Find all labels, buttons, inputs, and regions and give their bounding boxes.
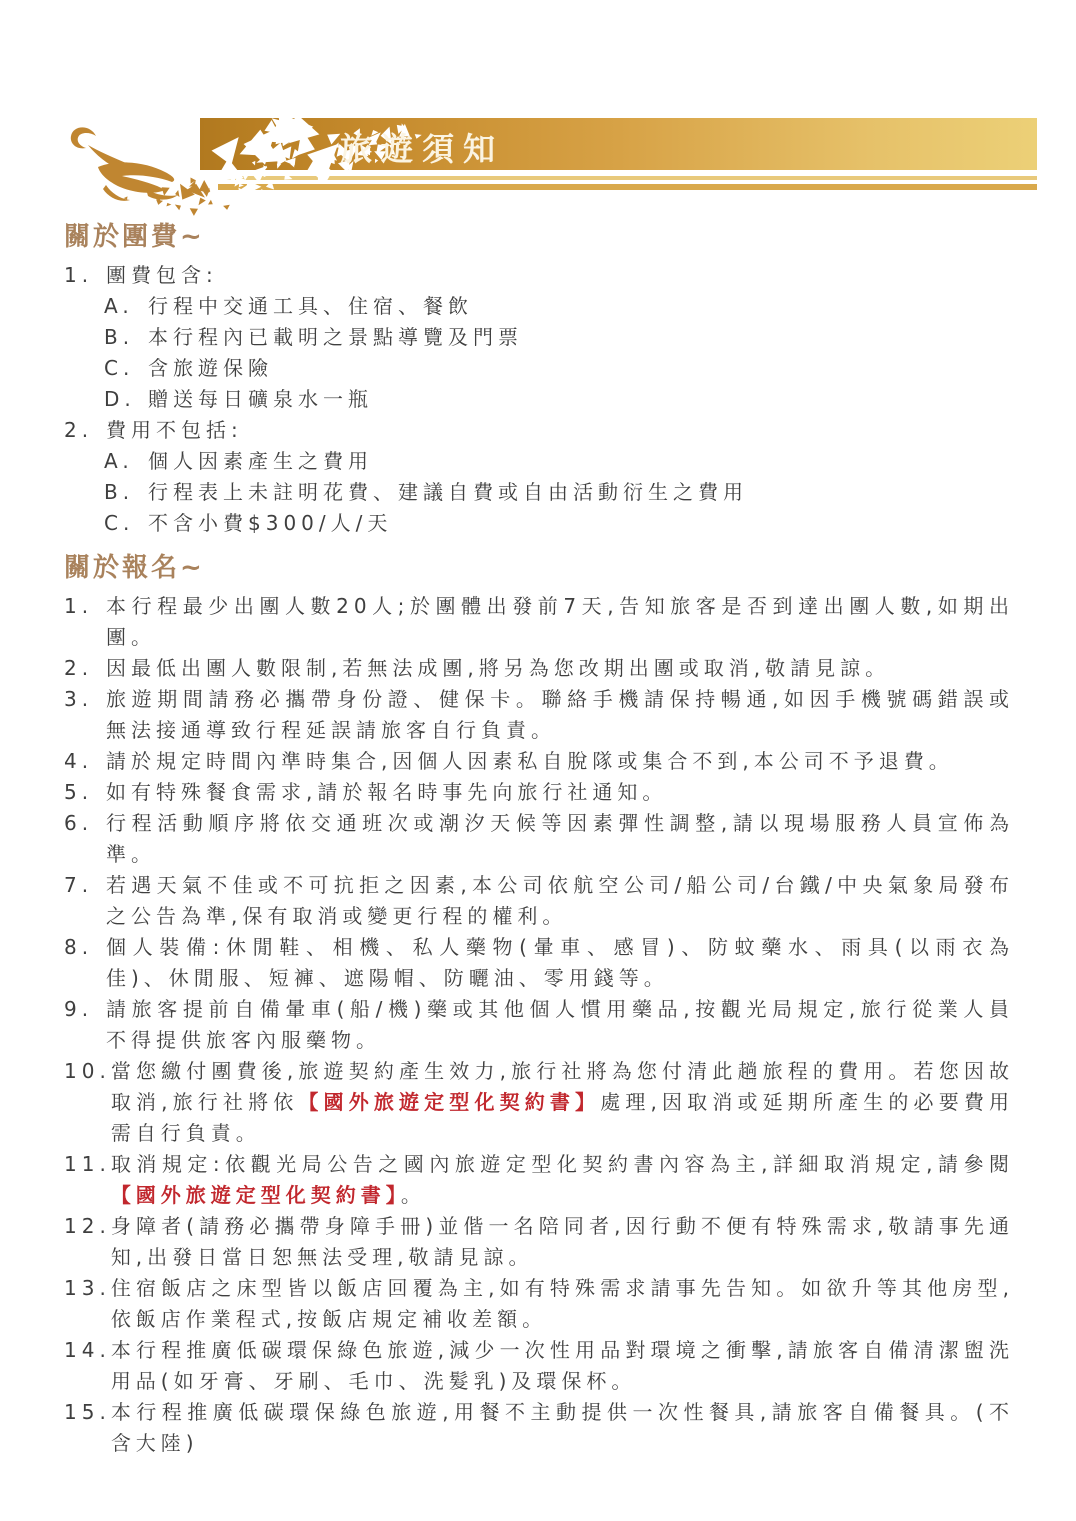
- item-number: 4.: [64, 746, 106, 777]
- subitem-letter: B.: [104, 322, 148, 353]
- subitem-text: 行程中交通工具、住宿、餐飲: [148, 291, 1014, 322]
- contract-name-emphasis: 【國外旅遊定型化契約書】: [298, 1090, 600, 1114]
- notice-section: 關於報名~1.本行程最少出團人數20人;於團體出發前7天,告知旅客是否到達出團人…: [64, 551, 1014, 1459]
- subitem-text: 贈送每日礦泉水一瓶: [148, 384, 1014, 415]
- subitem-text: 不含小費$300/人/天: [148, 508, 1014, 539]
- item-text: 本行程最少出團人數20人;於團體出發前7天,告知旅客是否到達出團人數,如期出團。: [106, 591, 1014, 653]
- fragment-shard: [202, 188, 210, 197]
- subitem-text: 個人因素產生之費用: [148, 446, 1014, 477]
- item-number: 3.: [64, 684, 106, 715]
- list-item: 1.本行程最少出團人數20人;於團體出發前7天,告知旅客是否到達出團人數,如期出…: [64, 591, 1014, 653]
- banner-stripe-light: [218, 176, 1037, 180]
- fragment-shard: [180, 184, 195, 200]
- item-text: 取消規定:依觀光局公告之國內旅遊定型化契約書內容為主,詳細取消規定,請參閱【國外…: [111, 1149, 1014, 1211]
- item-number: 1.: [64, 260, 106, 291]
- subitem-text: 本行程內已載明之景點導覽及門票: [148, 322, 1014, 353]
- list-subitem: D.贈送每日礦泉水一瓶: [64, 384, 1014, 415]
- fragment-shard: [156, 199, 163, 205]
- fragment-shard: [191, 178, 196, 184]
- item-text: 若遇天氣不佳或不可抗拒之因素,本公司依航空公司/船公司/台鐵/中央氣象局發布之公…: [106, 870, 1014, 932]
- list-item: 1.團費包含:: [64, 260, 1014, 291]
- subitem-letter: C.: [104, 508, 148, 539]
- item-number: 7.: [64, 870, 106, 901]
- travel-notice-page: 旅遊須知 關於團費~1.團費包含:A.行程中交通工具、住宿、餐飲B.本行程內已載…: [0, 0, 1076, 1521]
- item-text: 本行程推廣低碳環保綠色旅遊,用餐不主動提供一次性餐具,請旅客自備餐具。(不含大陸…: [111, 1397, 1014, 1459]
- bird-swirl-icon: [71, 127, 178, 201]
- fragment-shard: [189, 180, 196, 187]
- item-text: 團費包含:: [106, 260, 1014, 291]
- item-text: 當您繳付團費後,旅遊契約產生效力,旅行社將為您付清此趟旅程的費用。若您因故取消,…: [111, 1056, 1014, 1149]
- item-number: 5.: [64, 777, 106, 808]
- banner-gold-band: [200, 118, 1037, 170]
- list-item: 8.個人裝備:休閒鞋、相機、私人藥物(暈車、感冒)、防蚊藥水、雨具(以雨衣為佳)…: [64, 932, 1014, 994]
- banner-title: 旅遊須知: [340, 124, 504, 170]
- subitem-letter: D.: [104, 384, 148, 415]
- section-heading: 關於團費~: [64, 220, 1014, 254]
- item-text: 住宿飯店之床型皆以飯店回覆為主,如有特殊需求請事先告知。如欲升等其他房型,依飯店…: [111, 1273, 1014, 1335]
- item-text-part: 取消規定:依觀光局公告之國內旅遊定型化契約書內容為主,詳細取消規定,請參閱: [111, 1152, 1014, 1176]
- item-number: 14.: [64, 1335, 111, 1366]
- list-item: 6.行程活動順序將依交通班次或潮汐天候等因素彈性調整,請以現場服務人員宣佈為準。: [64, 808, 1014, 870]
- item-number: 6.: [64, 808, 106, 839]
- banner-stripe-gold: [218, 184, 1037, 190]
- list-item: 7.若遇天氣不佳或不可抗拒之因素,本公司依航空公司/船公司/台鐵/中央氣象局發布…: [64, 870, 1014, 932]
- fragment-shard: [166, 203, 171, 207]
- fragment-shard: [199, 198, 206, 206]
- list-item: 12.身障者(請務必攜帶身障手冊)並偕一名陪同者,因行動不便有特殊需求,敬請事先…: [64, 1211, 1014, 1273]
- subitem-text: 含旅遊保險: [148, 353, 1014, 384]
- item-text: 本行程推廣低碳環保綠色旅遊,減少一次性用品對環境之衝擊,請旅客自備清潔盥洗用品(…: [111, 1335, 1014, 1397]
- list-item: 2.因最低出團人數限制,若無法成團,將另為您改期出團或取消,敬請見諒。: [64, 653, 1014, 684]
- list-item: 13.住宿飯店之床型皆以飯店回覆為主,如有特殊需求請事先告知。如欲升等其他房型,…: [64, 1273, 1014, 1335]
- list-subitem: C.不含小費$300/人/天: [64, 508, 1014, 539]
- subitem-letter: A.: [104, 446, 148, 477]
- list-subitem: A.個人因素產生之費用: [64, 446, 1014, 477]
- item-number: 12.: [64, 1211, 111, 1242]
- item-number: 11.: [64, 1149, 111, 1180]
- fragment-shard: [162, 187, 170, 196]
- list-subitem: C.含旅遊保險: [64, 353, 1014, 384]
- item-text: 請旅客提前自備暈車(船/機)藥或其他個人慣用藥品,按觀光局規定,旅行從業人員不得…: [106, 994, 1014, 1056]
- item-text: 身障者(請務必攜帶身障手冊)並偕一名陪同者,因行動不便有特殊需求,敬請事先通知,…: [111, 1211, 1014, 1273]
- item-text: 因最低出團人數限制,若無法成團,將另為您改期出團或取消,敬請見諒。: [106, 653, 1014, 684]
- subitem-letter: C.: [104, 353, 148, 384]
- item-text: 如有特殊餐食需求,請於報名時事先向旅行社通知。: [106, 777, 1014, 808]
- fragment-shard: [199, 180, 211, 193]
- list-item: 4.請於規定時間內準時集合,因個人因素私自脫隊或集合不到,本公司不予退費。: [64, 746, 1014, 777]
- item-text: 旅遊期間請務必攜帶身份證、健保卡。聯絡手機請保持暢通,如因手機號碼錯誤或無法接通…: [106, 684, 1014, 746]
- item-number: 1.: [64, 591, 106, 622]
- fragment-shard: [124, 196, 128, 199]
- list-item: 15.本行程推廣低碳環保綠色旅遊,用餐不主動提供一次性餐具,請旅客自備餐具。(不…: [64, 1397, 1014, 1459]
- notice-content: 關於團費~1.團費包含:A.行程中交通工具、住宿、餐飲B.本行程內已載明之景點導…: [0, 208, 1076, 1459]
- list-item: 5.如有特殊餐食需求,請於報名時事先向旅行社通知。: [64, 777, 1014, 808]
- item-number: 9.: [64, 994, 106, 1025]
- item-text: 行程活動順序將依交通班次或潮汐天候等因素彈性調整,請以現場服務人員宣佈為準。: [106, 808, 1014, 870]
- item-text: 請於規定時間內準時集合,因個人因素私自脫隊或集合不到,本公司不予退費。: [106, 746, 1014, 777]
- list-item: 11.取消規定:依觀光局公告之國內旅遊定型化契約書內容為主,詳細取消規定,請參閱…: [64, 1149, 1014, 1211]
- item-number: 13.: [64, 1273, 111, 1304]
- list-item: 2.費用不包括:: [64, 415, 1014, 446]
- subitem-letter: B.: [104, 477, 148, 508]
- fragment-shard: [233, 196, 237, 201]
- item-number: 10.: [64, 1056, 111, 1087]
- item-number: 8.: [64, 932, 106, 963]
- list-item: 3.旅遊期間請務必攜帶身份證、健保卡。聯絡手機請保持暢通,如因手機號碼錯誤或無法…: [64, 684, 1014, 746]
- list-item: 9.請旅客提前自備暈車(船/機)藥或其他個人慣用藥品,按觀光局規定,旅行從業人員…: [64, 994, 1014, 1056]
- contract-name-emphasis: 【國外旅遊定型化契約書】: [111, 1183, 401, 1207]
- item-text: 個人裝備:休閒鞋、相機、私人藥物(暈車、感冒)、防蚊藥水、雨具(以雨衣為佳)、休…: [106, 932, 1014, 994]
- section-heading: 關於報名~: [64, 551, 1014, 585]
- list-subitem: A.行程中交通工具、住宿、餐飲: [64, 291, 1014, 322]
- fragment-shard: [175, 190, 179, 197]
- list-item: 14.本行程推廣低碳環保綠色旅遊,減少一次性用品對環境之衝擊,請旅客自備清潔盥洗…: [64, 1335, 1014, 1397]
- list-subitem: B.本行程內已載明之景點導覽及門票: [64, 322, 1014, 353]
- subitem-text: 行程表上未註明花費、建議自費或自由活動衍生之費用: [148, 477, 1014, 508]
- fragment-shard: [186, 184, 205, 198]
- item-number: 2.: [64, 415, 106, 446]
- list-subitem: B.行程表上未註明花費、建議自費或自由活動衍生之費用: [64, 477, 1014, 508]
- list-item: 10.當您繳付團費後,旅遊契約產生效力,旅行社將為您付清此趟旅程的費用。若您因故…: [64, 1056, 1014, 1149]
- fragment-shard: [261, 189, 268, 195]
- item-text: 費用不包括:: [106, 415, 1014, 446]
- item-number: 2.: [64, 653, 106, 684]
- fragment-shard: [157, 196, 160, 202]
- subitem-letter: A.: [104, 291, 148, 322]
- header-banner: 旅遊須知: [0, 115, 1076, 215]
- fragment-shard: [208, 200, 213, 205]
- item-text-part: 。: [401, 1183, 426, 1207]
- notice-section: 關於團費~1.團費包含:A.行程中交通工具、住宿、餐飲B.本行程內已載明之景點導…: [64, 220, 1014, 539]
- item-number: 15.: [64, 1397, 111, 1428]
